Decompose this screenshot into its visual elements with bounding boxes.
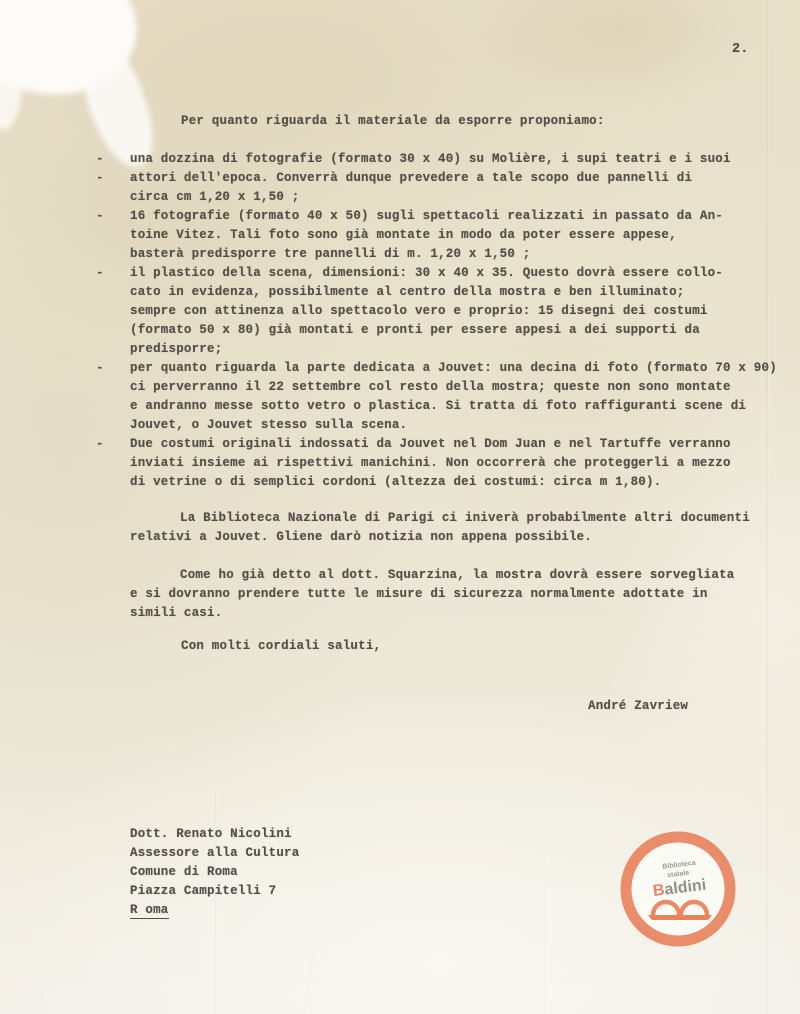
scanned-letter-page: 2. Per quanto riguarda il materiale da e… <box>0 0 800 1014</box>
text-line: -attori dell'epoca. Converrà dunque prev… <box>130 169 777 188</box>
text-line: simili casi. <box>130 604 735 623</box>
baldini-stamp-graphic: Biblioteca statale Baldini <box>620 831 736 947</box>
text-line: e andranno messe sotto vetro o plastica.… <box>130 397 777 416</box>
text-line: inviati insieme ai rispettivi manichini.… <box>130 454 777 473</box>
library-stamp: Biblioteca statale Baldini <box>620 831 736 947</box>
text-line: La Biblioteca Nazionale di Parigi ci ini… <box>130 509 750 528</box>
stamp-line1: Biblioteca <box>662 860 696 871</box>
text-line: Dott. Renato Nicolini <box>130 825 299 844</box>
stamp-ring <box>626 837 730 941</box>
paragraph-squarzina: Come ho già detto al dott. Squarzina, la… <box>130 566 735 623</box>
text-line: -una dozzina di fotografie (formato 30 x… <box>130 150 777 169</box>
list-dash-marker: - <box>96 150 104 169</box>
text-line: ci perverranno il 22 settembre col resto… <box>130 378 777 397</box>
text-line: -16 fotografie (formato 40 x 50) sugli s… <box>130 207 777 226</box>
text-line: Jouvet, o Jouvet stesso sulla scena. <box>130 416 777 435</box>
list-dash-marker: - <box>96 435 104 454</box>
signature-name: André Zavriew <box>588 697 688 716</box>
recipient-address-block: Dott. Renato NicoliniAssessore alla Cult… <box>130 825 299 920</box>
stamp-line2: statale <box>667 870 690 880</box>
text-line: circa cm 1,20 x 1,50 ; <box>130 188 777 207</box>
torn-paper-patch <box>0 40 22 130</box>
text-line: Piazza Campitelli 7 <box>130 882 299 901</box>
intro-line: Per quanto riguarda il materiale da espo… <box>181 112 605 131</box>
text-line: cato in evidenza, possibilmente al centr… <box>130 283 777 302</box>
closing-salutation: Con molti cordiali saluti, <box>181 637 381 656</box>
text-line: R oma <box>130 901 299 920</box>
text-line: basterà predisporre tre pannelli di m. 1… <box>130 245 777 264</box>
torn-paper-patch <box>0 0 151 113</box>
text-line: e si dovranno prendere tutte le misure d… <box>130 585 735 604</box>
text-line: -Due costumi originali indossati da Jouv… <box>130 435 777 454</box>
text-line: toine Vitez. Tali foto sono già montate … <box>130 226 777 245</box>
list-dash-marker: - <box>96 359 104 378</box>
stamp-text-group: Biblioteca statale Baldini <box>650 859 707 900</box>
text-line: relativi a Jouvet. Gliene darò notizia n… <box>130 528 750 547</box>
text-line: Come ho già detto al dott. Squarzina, la… <box>130 566 735 585</box>
page-number: 2. <box>732 40 749 59</box>
text-line: (formato 50 x 80) già montati e pronti p… <box>130 321 777 340</box>
text-line: Assessore alla Cultura <box>130 844 299 863</box>
stamp-name: Baldini <box>652 877 707 900</box>
text-line: sempre con attinenza allo spettacolo ver… <box>130 302 777 321</box>
list-dash-marker: - <box>96 264 104 283</box>
paper-crease <box>304 930 318 1013</box>
text-line: -per quanto riguarda la parte dedicata a… <box>130 359 777 378</box>
text-line: predisporre; <box>130 340 777 359</box>
text-line: -il plastico della scena, dimensioni: 30… <box>130 264 777 283</box>
paper-crease <box>544 820 547 1014</box>
list-dash-marker: - <box>96 207 104 226</box>
paragraph-biblioteca: La Biblioteca Nazionale di Parigi ci ini… <box>130 509 750 547</box>
open-book-icon <box>648 902 712 920</box>
list-dash-marker: - <box>96 169 104 188</box>
text-line: Comune di Roma <box>130 863 299 882</box>
text-line: di vetrine o di semplici cordoni (altezz… <box>130 473 777 492</box>
bullet-list: -una dozzina di fotografie (formato 30 x… <box>130 150 777 492</box>
